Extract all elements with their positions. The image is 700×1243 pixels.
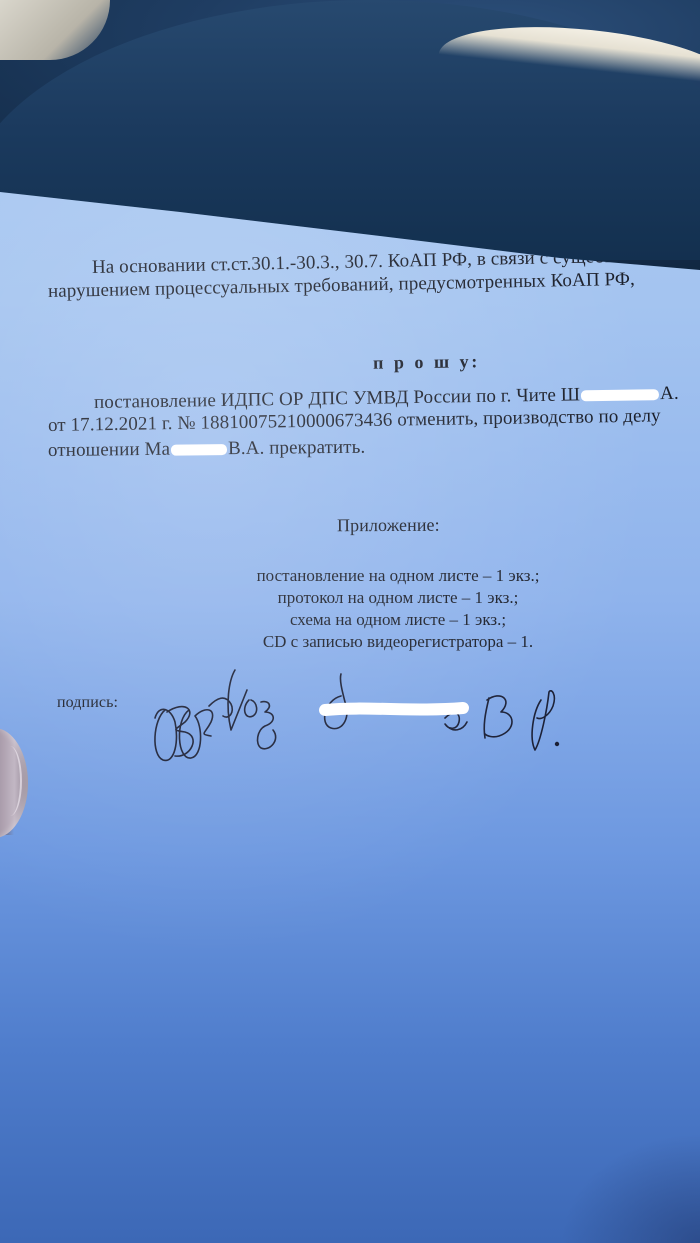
request-line-1-tail: А. (660, 383, 679, 404)
opening-paragraph-line-2: нарушением процессуальных требований, пр… (48, 269, 635, 303)
signature-label: подпись: (57, 694, 118, 712)
attachment-item: протокол на одном листе – 1 экз.; (228, 587, 568, 609)
paper-shadow (560, 1133, 700, 1243)
request-line-1-text: постановление ИДПС ОР ДПС УМВД России по… (94, 384, 580, 413)
attachment-item: постановление на одном листе – 1 экз.; (228, 565, 568, 587)
redaction-officer-name (581, 389, 659, 401)
request-line-3-text: отношении Ма (48, 439, 170, 461)
redaction-applicant-name (171, 444, 227, 456)
attachment-item: CD с записью видеорегистратора – 1. (228, 631, 568, 653)
request-line-3: отношении МаВ.А. прекратить. (48, 437, 366, 462)
window-glare (0, 0, 110, 60)
attachment-item: схема на одном листе – 1 экз.; (228, 609, 568, 631)
attachments-list: постановление на одном листе – 1 экз.; п… (228, 565, 568, 653)
handwritten-signature (145, 660, 585, 770)
request-heading: п р о ш у: (373, 351, 481, 373)
request-line-1: постановление ИДПС ОР ДПС УМВД России по… (94, 383, 679, 414)
request-line-3-tail: В.А. прекратить. (228, 437, 365, 459)
attachments-title: Приложение: (337, 515, 440, 537)
request-line-2: от 17.12.2021 г. № 18810075210000673436 … (48, 405, 661, 437)
